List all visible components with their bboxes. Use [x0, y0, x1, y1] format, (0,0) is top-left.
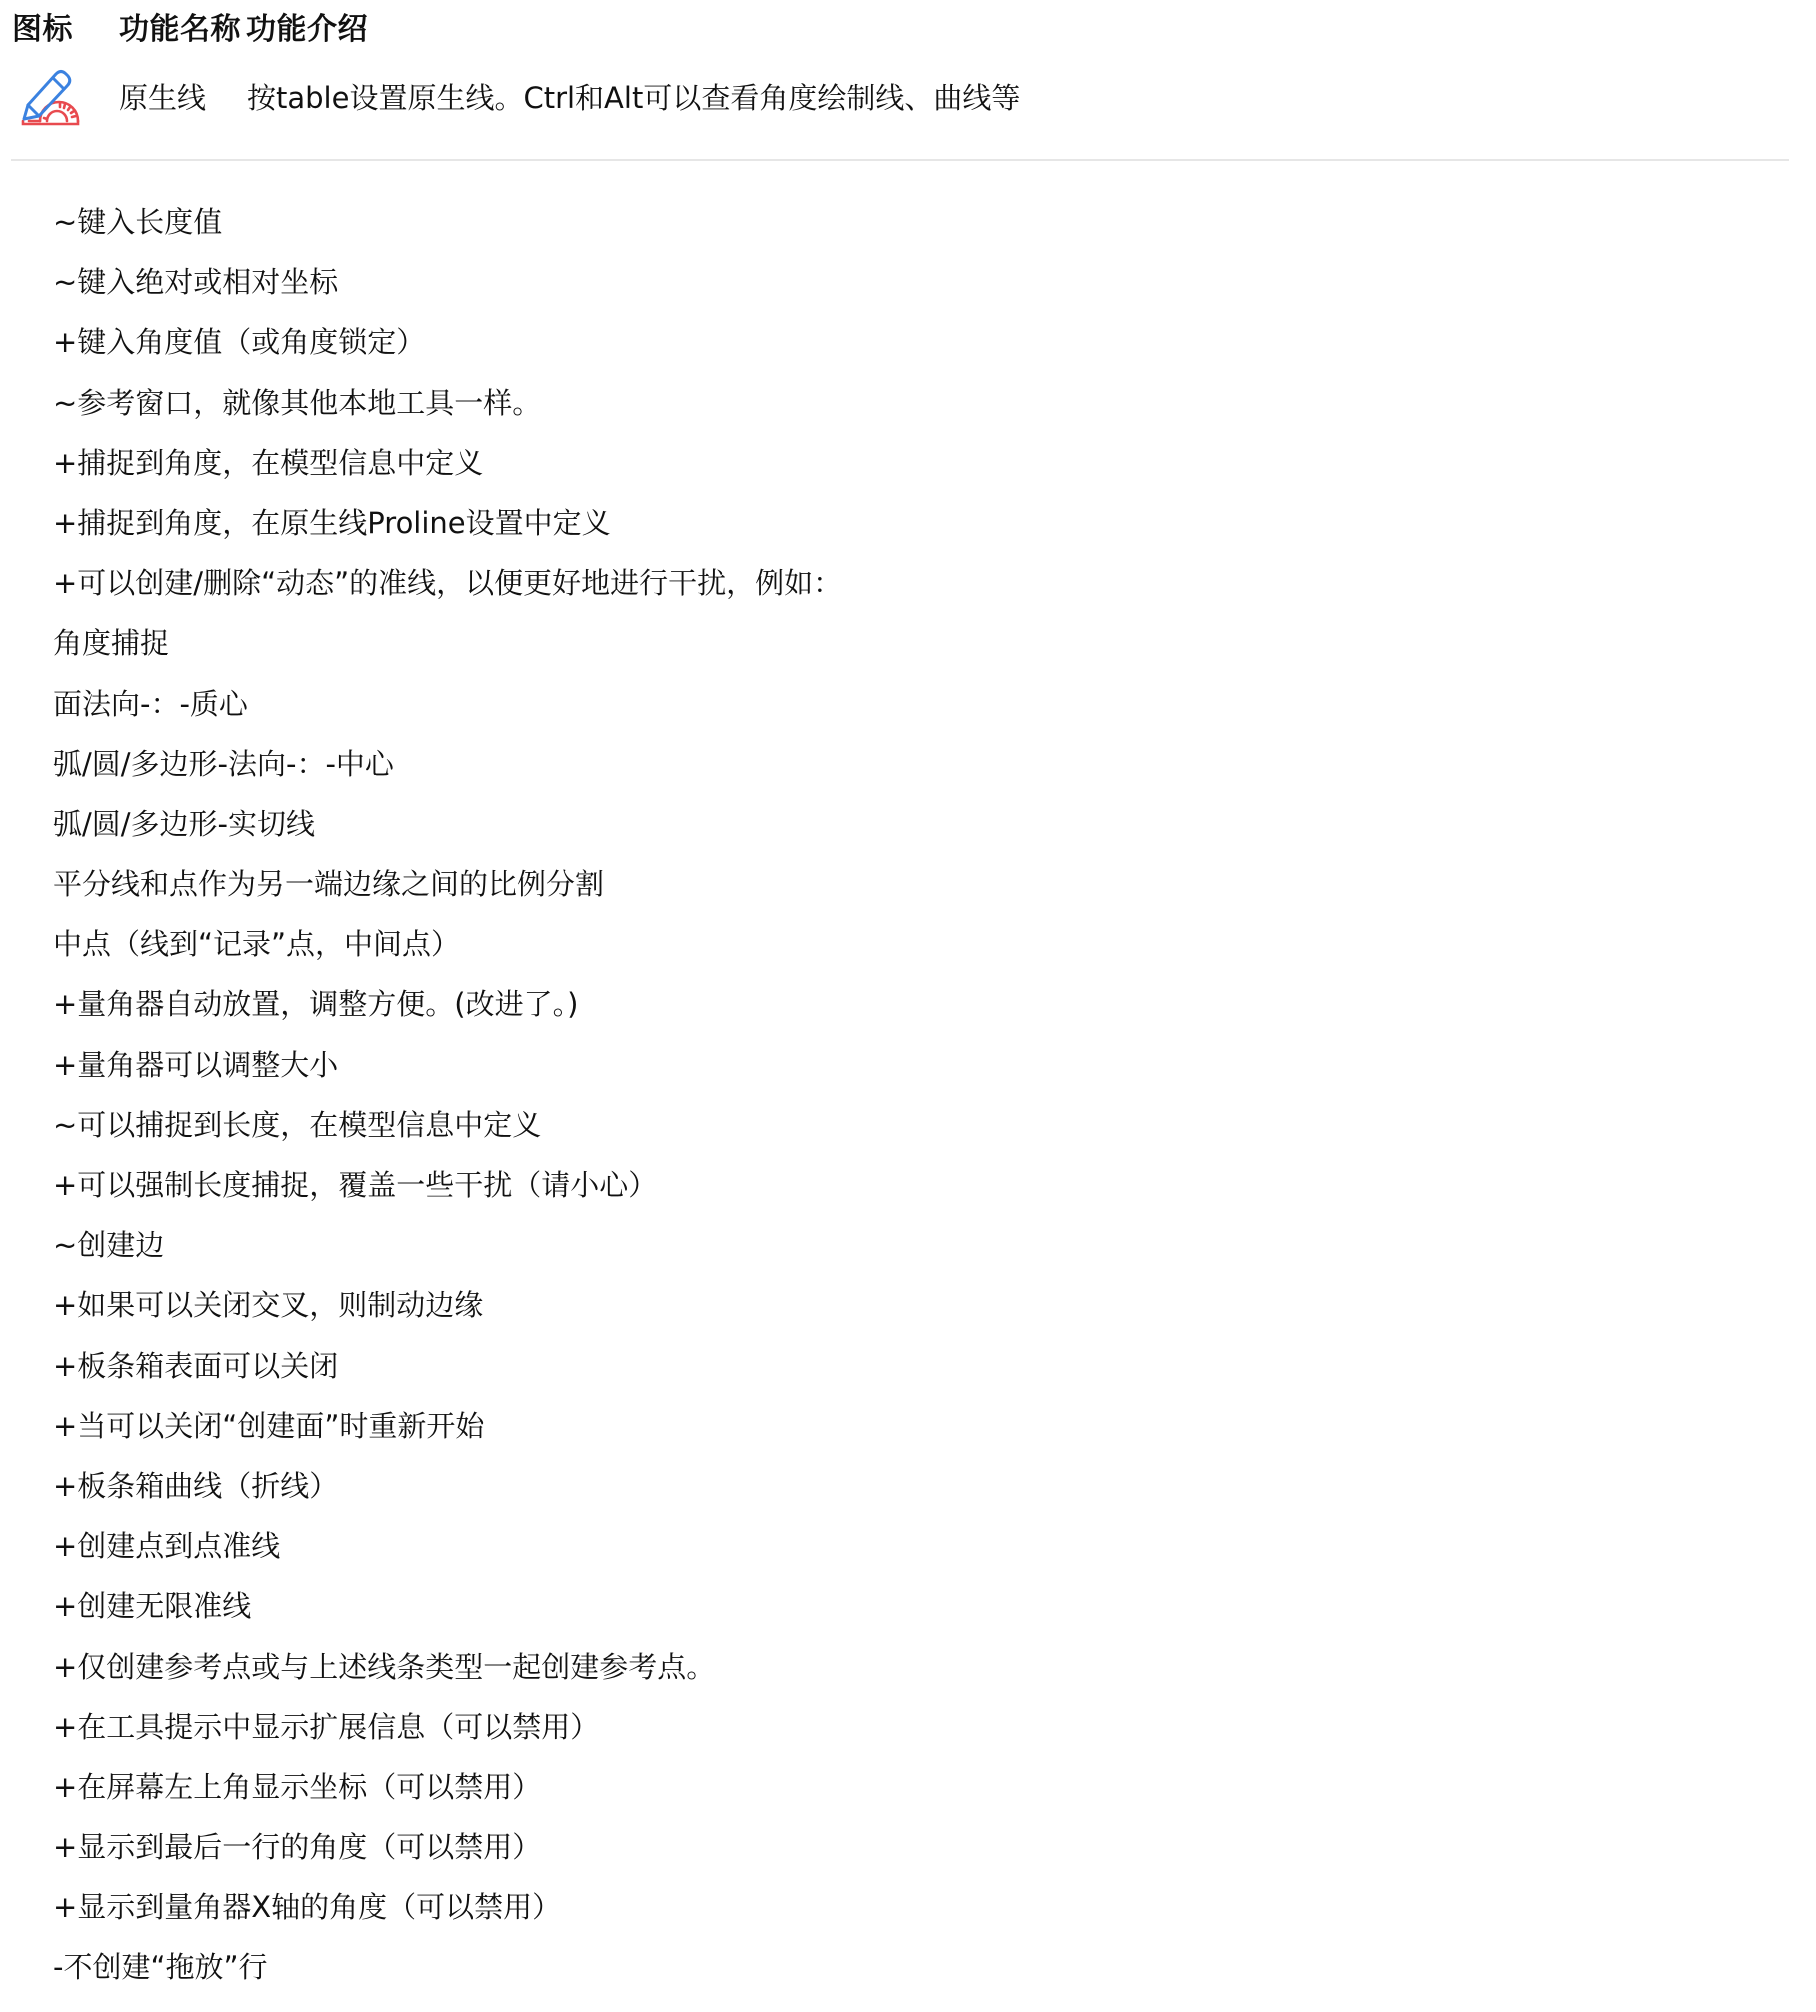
feature-name: 原生线	[119, 76, 206, 120]
list-item: ~键入长度值	[53, 192, 842, 252]
list-item: +量角器可以调整大小	[53, 1035, 842, 1095]
list-item: ~可以捕捉到长度，在模型信息中定义	[53, 1095, 842, 1155]
divider	[11, 159, 1789, 161]
list-item: ~创建边	[53, 1215, 842, 1275]
list-item: 中点（线到“记录”点，中间点）	[53, 914, 842, 974]
list-item: +键入角度值（或角度锁定）	[53, 312, 842, 372]
pencil-protractor-icon	[20, 66, 84, 128]
list-item: +仅创建参考点或与上述线条类型一起创建参考点。	[53, 1637, 842, 1697]
list-item: +创建无限准线	[53, 1576, 842, 1636]
list-item: +板条箱表面可以关闭	[53, 1336, 842, 1396]
table-header-row: 图标 功能名称 功能介绍	[0, 8, 1816, 52]
list-item: +在屏幕左上角显示坐标（可以禁用）	[53, 1757, 842, 1817]
list-item: -不创建“拖放”行	[53, 1937, 842, 1997]
list-item: +量角器自动放置，调整方便。(改进了。)	[53, 974, 842, 1034]
list-item: +捕捉到角度，在原生线Proline设置中定义	[53, 493, 842, 553]
list-item: +可以强制长度捕捉，覆盖一些干扰（请小心）	[53, 1155, 842, 1215]
list-item: +板条箱曲线（折线）	[53, 1456, 842, 1516]
list-item: +显示到量角器X轴的角度（可以禁用）	[53, 1877, 842, 1937]
list-item: ~参考窗口，就像其他本地工具一样。	[53, 373, 842, 433]
list-item: 平分线和点作为另一端边缘之间的比例分割	[53, 854, 842, 914]
feature-notes-list: ~键入长度值 ~键入绝对或相对坐标 +键入角度值（或角度锁定） ~参考窗口，就像…	[53, 192, 842, 1998]
header-icon-column: 图标	[12, 8, 73, 52]
list-item: 弧/圆/多边形-实切线	[53, 794, 842, 854]
table-row: 原生线 按table设置原生线。Ctrl和Alt可以查看角度绘制线、曲线等	[0, 64, 1816, 130]
list-item: 面法向-：-质心	[53, 674, 842, 734]
list-item: 弧/圆/多边形-法向-：-中心	[53, 734, 842, 794]
list-item: +如果可以关闭交叉，则制动边缘	[53, 1275, 842, 1335]
header-name-column: 功能名称	[119, 8, 241, 52]
feature-description: 按table设置原生线。Ctrl和Alt可以查看角度绘制线、曲线等	[247, 76, 1020, 120]
list-item: +在工具提示中显示扩展信息（可以禁用）	[53, 1697, 842, 1757]
list-item: +当可以关闭“创建面”时重新开始	[53, 1396, 842, 1456]
header-description-column: 功能介绍	[246, 8, 368, 52]
list-item: +可以创建/删除“动态”的准线，以便更好地进行干扰，例如：	[53, 553, 842, 613]
list-item: +捕捉到角度，在模型信息中定义	[53, 433, 842, 493]
list-item: ~键入绝对或相对坐标	[53, 252, 842, 312]
list-item: +显示到最后一行的角度（可以禁用）	[53, 1817, 842, 1877]
list-item: +创建点到点准线	[53, 1516, 842, 1576]
list-item: 角度捕捉	[53, 613, 842, 673]
